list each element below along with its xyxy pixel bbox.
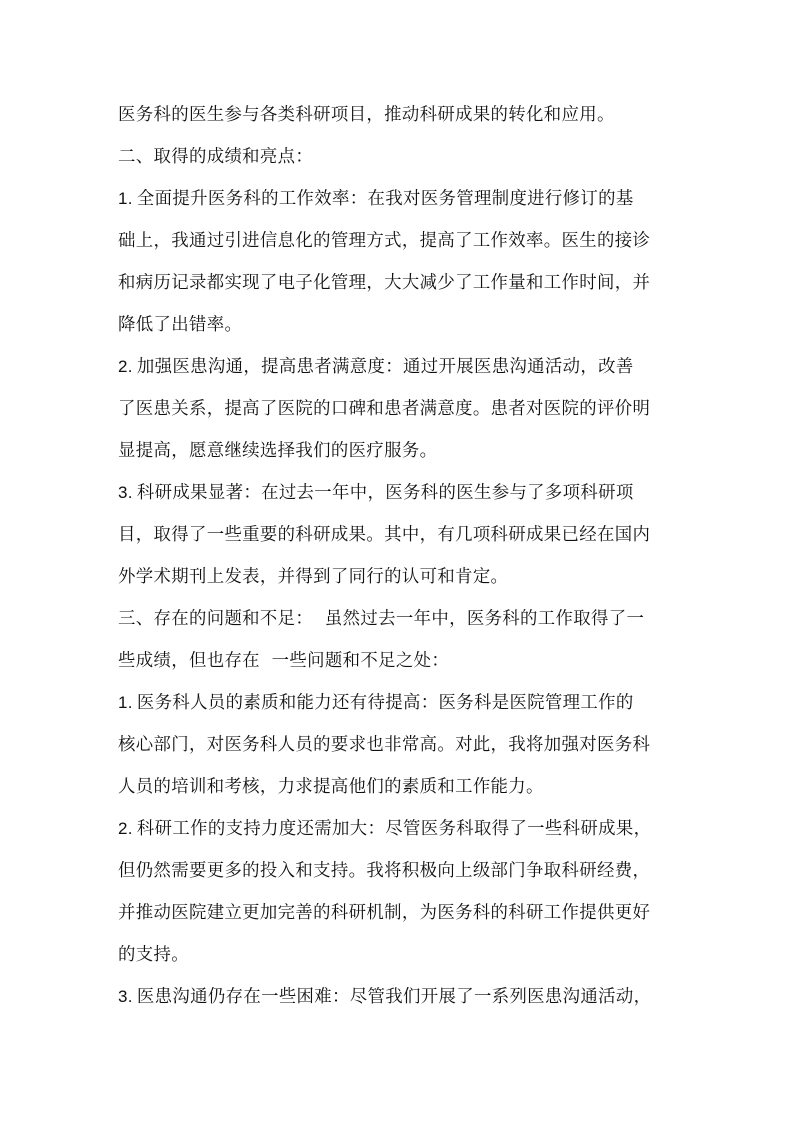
line-text: 降低了出错率。 [118,315,242,335]
line-text: 医务科的医生参与各类科研项目，推动科研成果的转化和应用。 [118,105,615,125]
line-text: 显提高，愿意继续选择我们的医疗服务。 [118,441,437,461]
line-text: 加强医患沟通，提高患者满意度：通过开展医患沟通活动，改善 [137,357,634,377]
list-number: 3. [118,987,133,1006]
list-number: 2. [118,819,133,838]
line-text: 医患沟通仍存在一些困难：尽管我们开展了一系列医患沟通活动， [137,987,651,1007]
text-line: 了医患关系，提高了医院的口碑和患者满意度。患者对医院的评价明 [118,398,678,420]
line-text: 人员的培训和考核，力求提高他们的素质和工作能力。 [118,777,544,797]
line-text: 了医患关系，提高了医院的口碑和患者满意度。患者对医院的评价明 [118,399,650,419]
text-line: 医务科的医生参与各类科研项目，推动科研成果的转化和应用。 [118,104,678,126]
list-number: 1. [118,189,133,208]
line-text: 和病历记录都实现了电子化管理，大大减少了工作量和工作时间，并 [118,273,650,293]
text-line: 显提高，愿意继续选择我们的医疗服务。 [118,440,678,462]
line-text: 但仍然需要更多的投入和支持。我将积极向上级部门争取科研经费， [118,861,650,881]
list-item-start: 3.医患沟通仍存在一些困难：尽管我们开展了一系列医患沟通活动， [118,986,678,1008]
list-number: 3. [118,483,133,502]
text-line: 础上，我通过引进信息化的管理方式，提高了工作效率。医生的接诊 [118,230,678,252]
list-number: 1. [118,693,133,712]
section-heading: 三、存在的问题和不足： 虽然过去一年中，医务科的工作取得了一 [118,608,678,630]
line-text: 科研成果显著：在过去一年中，医务科的医生参与了多项科研项 [137,483,634,503]
line-text: 科研工作的支持力度还需加大：尽管医务科取得了一些科研成果， [137,819,651,839]
line-text: 些成绩，但也存在 一些问题和不足之处： [118,651,449,671]
text-line: 并推动医院建立更加完善的科研机制，为医务科的科研工作提供更好 [118,902,678,924]
line-text: 并推动医院建立更加完善的科研机制，为医务科的科研工作提供更好 [118,903,650,923]
line-text: 全面提升医务科的工作效率：在我对医务管理制度进行修订的基 [137,189,634,209]
text-line: 但仍然需要更多的投入和支持。我将积极向上级部门争取科研经费， [118,860,678,882]
document-page: 医务科的医生参与各类科研项目，推动科研成果的转化和应用。 二、取得的成绩和亮点：… [0,0,793,1122]
list-item-start: 3.科研成果显著：在过去一年中，医务科的医生参与了多项科研项 [118,482,678,504]
text-line: 目，取得了一些重要的科研成果。其中，有几项科研成果已经在国内 [118,524,678,546]
section-heading: 二、取得的成绩和亮点： [118,146,678,168]
line-text: 三、存在的问题和不足： 虽然过去一年中，医务科的工作取得了一 [118,609,644,629]
list-item-start: 2.科研工作的支持力度还需加大：尽管医务科取得了一些科研成果， [118,818,678,840]
text-line: 的支持。 [118,944,678,966]
line-text: 目，取得了一些重要的科研成果。其中，有几项科研成果已经在国内 [118,525,650,545]
line-text: 医务科人员的素质和能力还有待提高：医务科是医院管理工作的 [137,693,634,713]
line-text: 础上，我通过引进信息化的管理方式，提高了工作效率。医生的接诊 [118,231,650,251]
line-text: 核心部门，对医务科人员的要求也非常高。对此，我将加强对医务科 [118,735,650,755]
list-item-start: 1.全面提升医务科的工作效率：在我对医务管理制度进行修订的基 [118,188,678,210]
list-item-start: 2.加强医患沟通，提高患者满意度：通过开展医患沟通活动，改善 [118,356,678,378]
line-text: 外学术期刊上发表，并得到了同行的认可和肯定。 [118,567,508,587]
text-line: 核心部门，对医务科人员的要求也非常高。对此，我将加强对医务科 [118,734,678,756]
text-line: 外学术期刊上发表，并得到了同行的认可和肯定。 [118,566,678,588]
list-number: 2. [118,357,133,376]
text-line: 和病历记录都实现了电子化管理，大大减少了工作量和工作时间，并 [118,272,678,294]
text-line: 人员的培训和考核，力求提高他们的素质和工作能力。 [118,776,678,798]
line-text: 的支持。 [118,945,189,965]
line-text: 二、取得的成绩和亮点： [118,147,313,167]
text-line: 降低了出错率。 [118,314,678,336]
text-line: 些成绩，但也存在 一些问题和不足之处： [118,650,678,672]
list-item-start: 1.医务科人员的素质和能力还有待提高：医务科是医院管理工作的 [118,692,678,714]
